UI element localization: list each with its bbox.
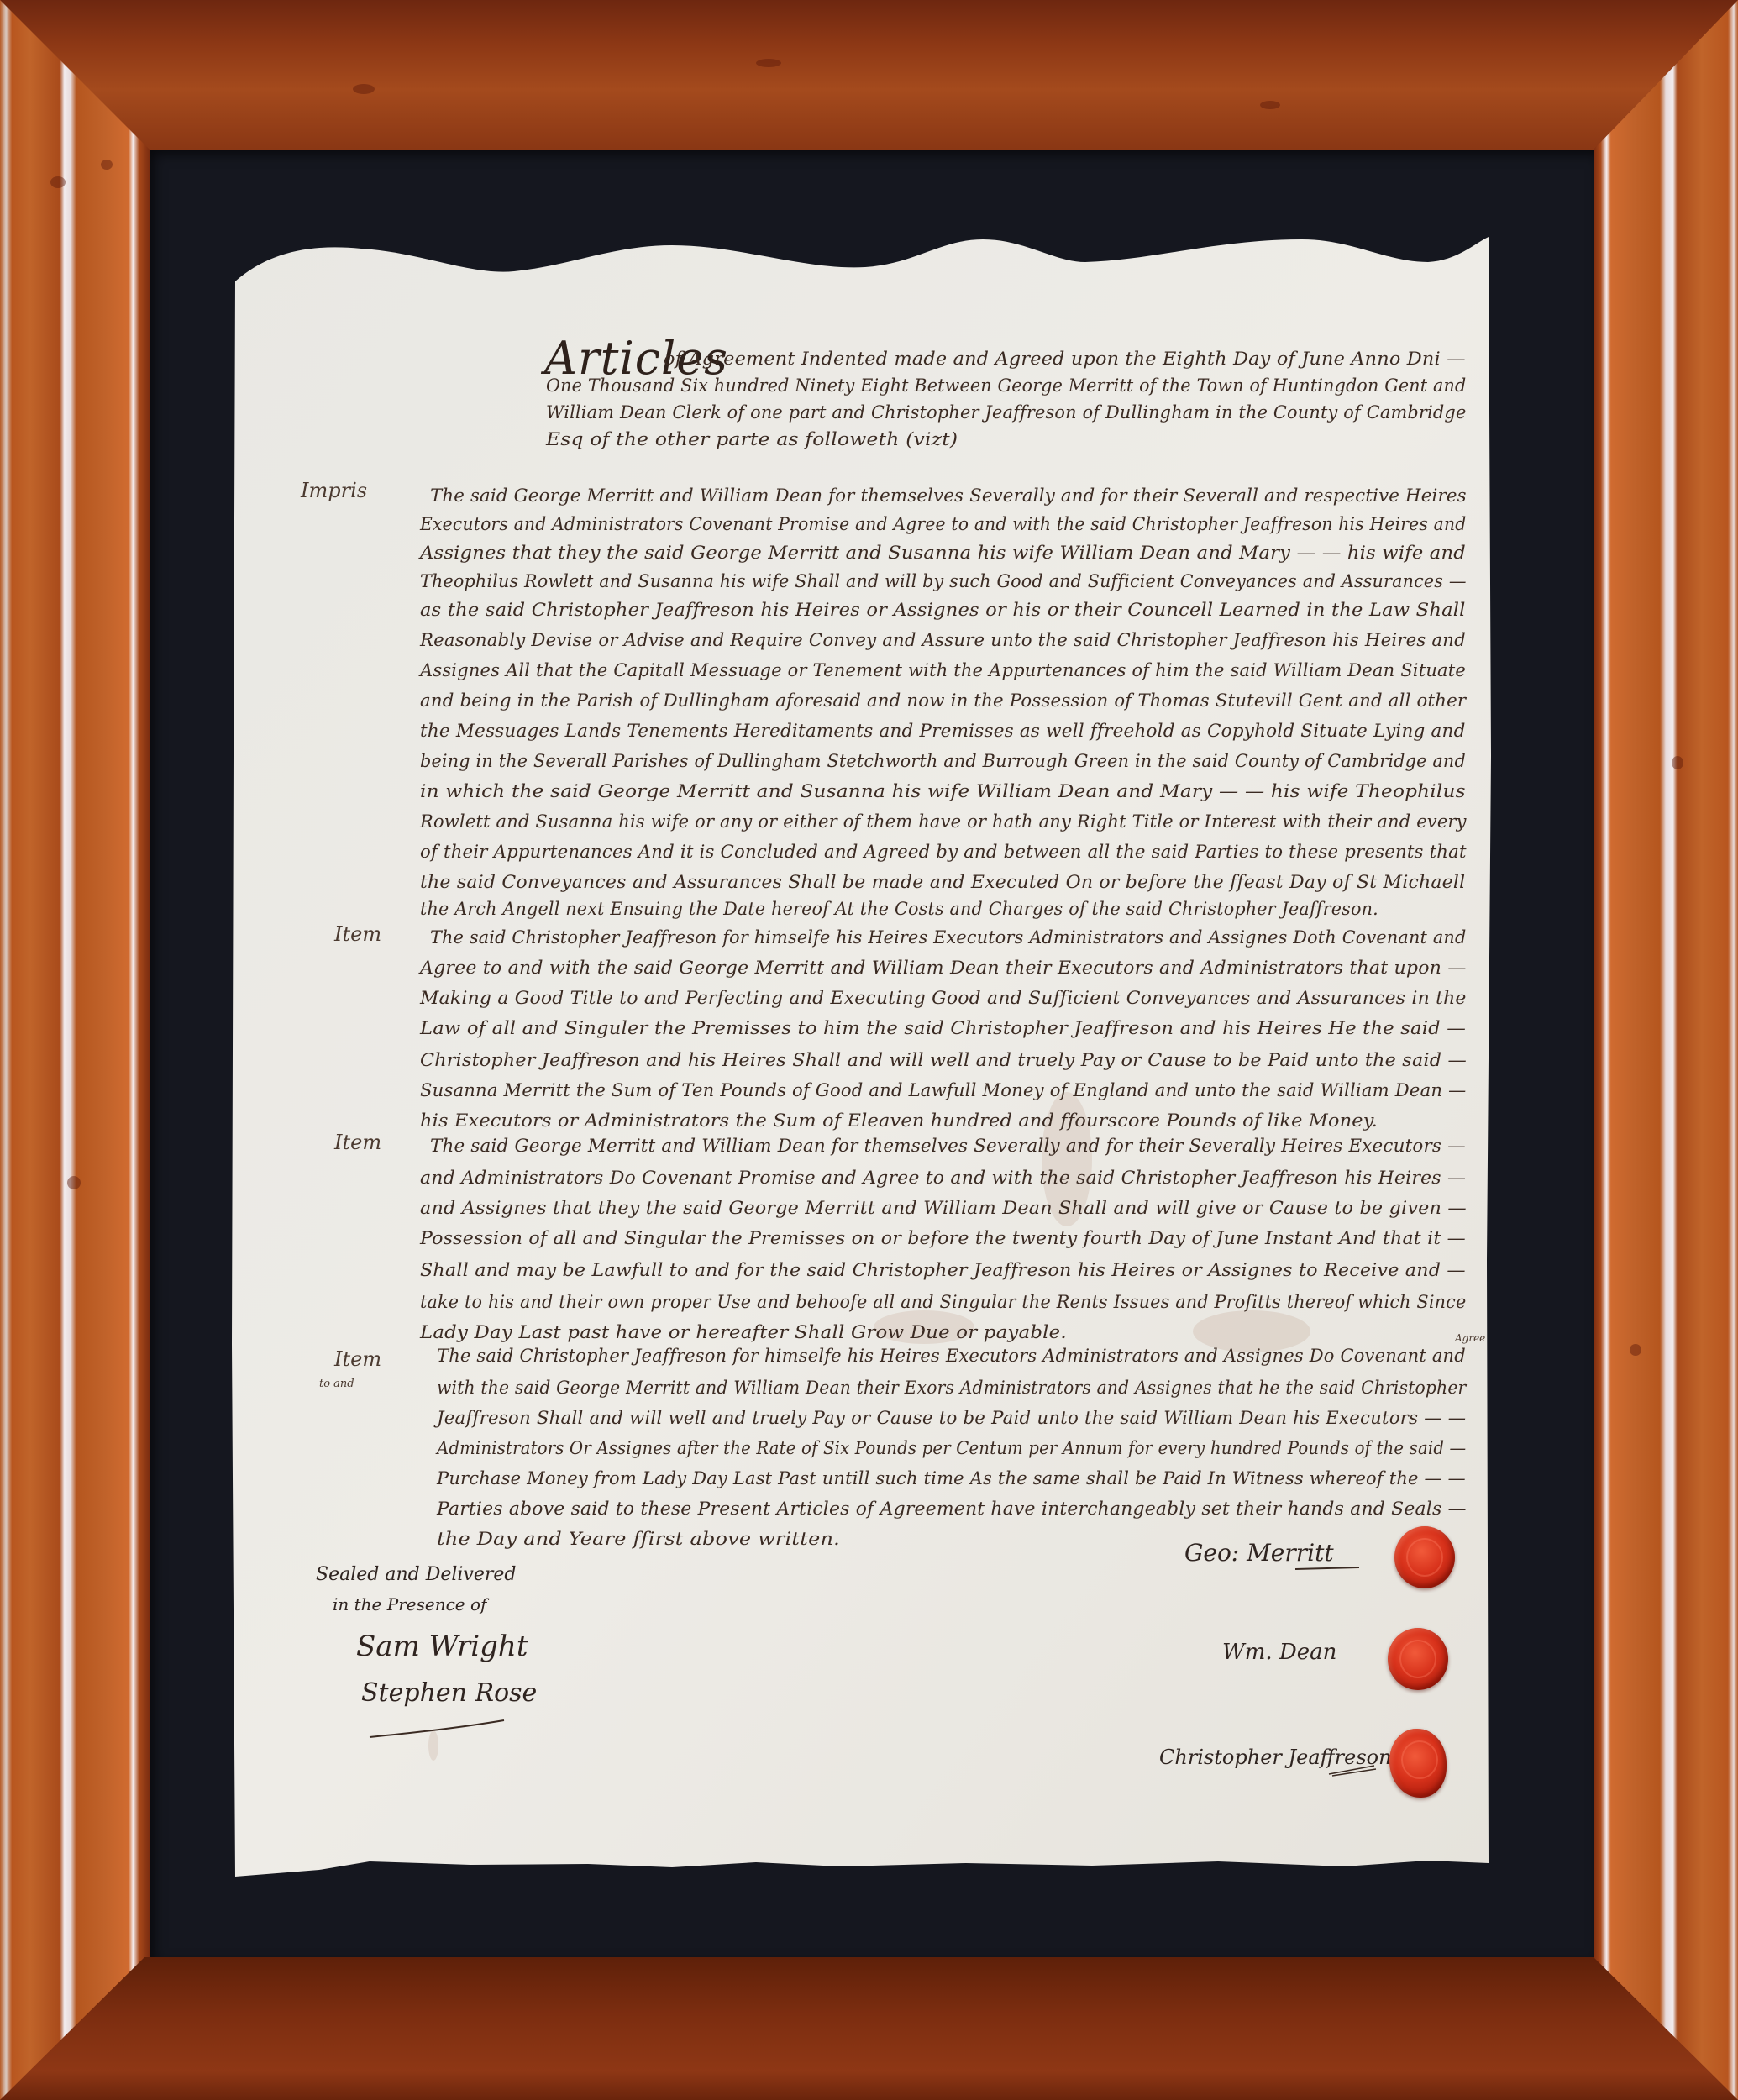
body-line: Reasonably Devise or Advise and Require … (420, 630, 1466, 650)
body-line: Administrators Or Assignes after the Rat… (437, 1438, 1466, 1458)
body-line: Lady Day Last past have or hereafter Sha… (420, 1322, 1067, 1342)
body-line: Christopher Jeaffreson and his Heires Sh… (420, 1050, 1467, 1070)
body-line: Making a Good Title to and Perfecting an… (420, 988, 1467, 1008)
body-line: Law of all and Singuler the Premisses to… (420, 1018, 1466, 1038)
body-line: the Day and Yeare ffirst above written. (437, 1529, 840, 1549)
body-line: Purchase Money from Lady Day Last Past u… (437, 1468, 1466, 1488)
signature-underline (1294, 1564, 1361, 1572)
body-line: Assignes All that the Capitall Messuage … (420, 660, 1466, 680)
body-line: in which the said George Merritt and Sus… (420, 781, 1466, 801)
body-line: The said George Merritt and William Dean… (430, 486, 1467, 506)
signature-flourish (361, 1719, 512, 1744)
body-line: Agree to and with the said George Merrit… (420, 958, 1467, 978)
document: Articles of Agreement Indented made and … (0, 0, 1738, 2100)
margin-label-item: Item (334, 922, 381, 946)
body-line: Theophilus Rowlett and Susanna his wife … (420, 571, 1467, 591)
margin-label-item: Item (334, 1347, 381, 1371)
interlineation: Agree (1455, 1332, 1485, 1344)
body-line: his Executors or Administrators the Sum … (420, 1110, 1378, 1131)
body-line: Assignes that they the said George Merri… (420, 543, 1466, 563)
signatory-signature: Wm. Dean (1222, 1640, 1336, 1665)
witness-signature: Sam Wright (356, 1630, 528, 1663)
body-line: as the said Christopher Jeaffreson his H… (420, 600, 1466, 620)
heading-line: Esq of the other parte as followeth (viz… (546, 429, 958, 449)
body-line: The said George Merritt and William Dean… (430, 1136, 1466, 1156)
attestation-line: Sealed and Delivered (316, 1564, 517, 1585)
body-line: The said Christopher Jeaffreson for hims… (437, 1346, 1466, 1366)
margin-label-impris: Impris (301, 479, 367, 502)
body-line: and Assignes that they the said George M… (420, 1198, 1467, 1218)
wax-seal (1394, 1526, 1455, 1588)
body-line: the Messuages Lands Tenements Hereditame… (420, 721, 1466, 741)
body-line: with the said George Merritt and William… (437, 1378, 1466, 1398)
attestation-line: in the Presence of (333, 1594, 486, 1614)
body-line: Possession of all and Singular the Premi… (420, 1228, 1466, 1248)
margin-label-item: Item (334, 1131, 381, 1154)
body-line: Rowlett and Susanna his wife or any or e… (420, 811, 1467, 832)
margin-note: to and (319, 1378, 354, 1390)
body-line: and Administrators Do Covenant Promise a… (420, 1168, 1466, 1188)
body-line: take to his and their own proper Use and… (420, 1292, 1466, 1312)
body-line: The said Christopher Jeaffreson for hims… (430, 927, 1466, 948)
heading-line: William Dean Clerk of one part and Chris… (546, 402, 1466, 423)
heading-line: One Thousand Six hundred Ninety Eight Be… (546, 375, 1466, 396)
heading-line: of Agreement Indented made and Agreed up… (664, 349, 1466, 369)
body-line: Shall and may be Lawfull to and for the … (420, 1260, 1466, 1280)
wax-seal (1389, 1729, 1447, 1798)
signature-underline (1327, 1764, 1378, 1777)
wax-seal (1388, 1628, 1448, 1690)
body-line: the Arch Angell next Ensuing the Date he… (420, 899, 1378, 919)
body-line: being in the Severall Parishes of Dullin… (420, 751, 1466, 771)
body-line: Jeaffreson Shall and will well and truel… (437, 1408, 1466, 1428)
signatory-signature: Geo: Merritt (1184, 1539, 1334, 1567)
witness-signature: Stephen Rose (361, 1678, 537, 1708)
body-line: of their Appurtenances And it is Conclud… (420, 842, 1467, 862)
body-line: Parties above said to these Present Arti… (437, 1499, 1467, 1519)
body-line: Susanna Merritt the Sum of Ten Pounds of… (420, 1080, 1466, 1100)
body-line: and being in the Parish of Dullingham af… (420, 690, 1466, 711)
body-line: the said Conveyances and Assurances Shal… (420, 872, 1465, 892)
body-line: Executors and Administrators Covenant Pr… (420, 514, 1466, 534)
